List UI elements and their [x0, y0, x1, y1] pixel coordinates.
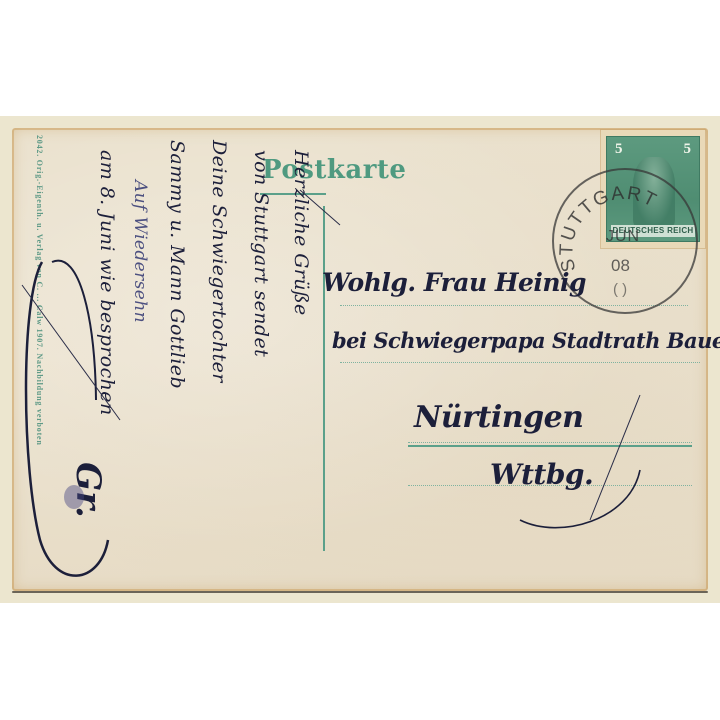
ink-strokes — [0, 0, 720, 720]
